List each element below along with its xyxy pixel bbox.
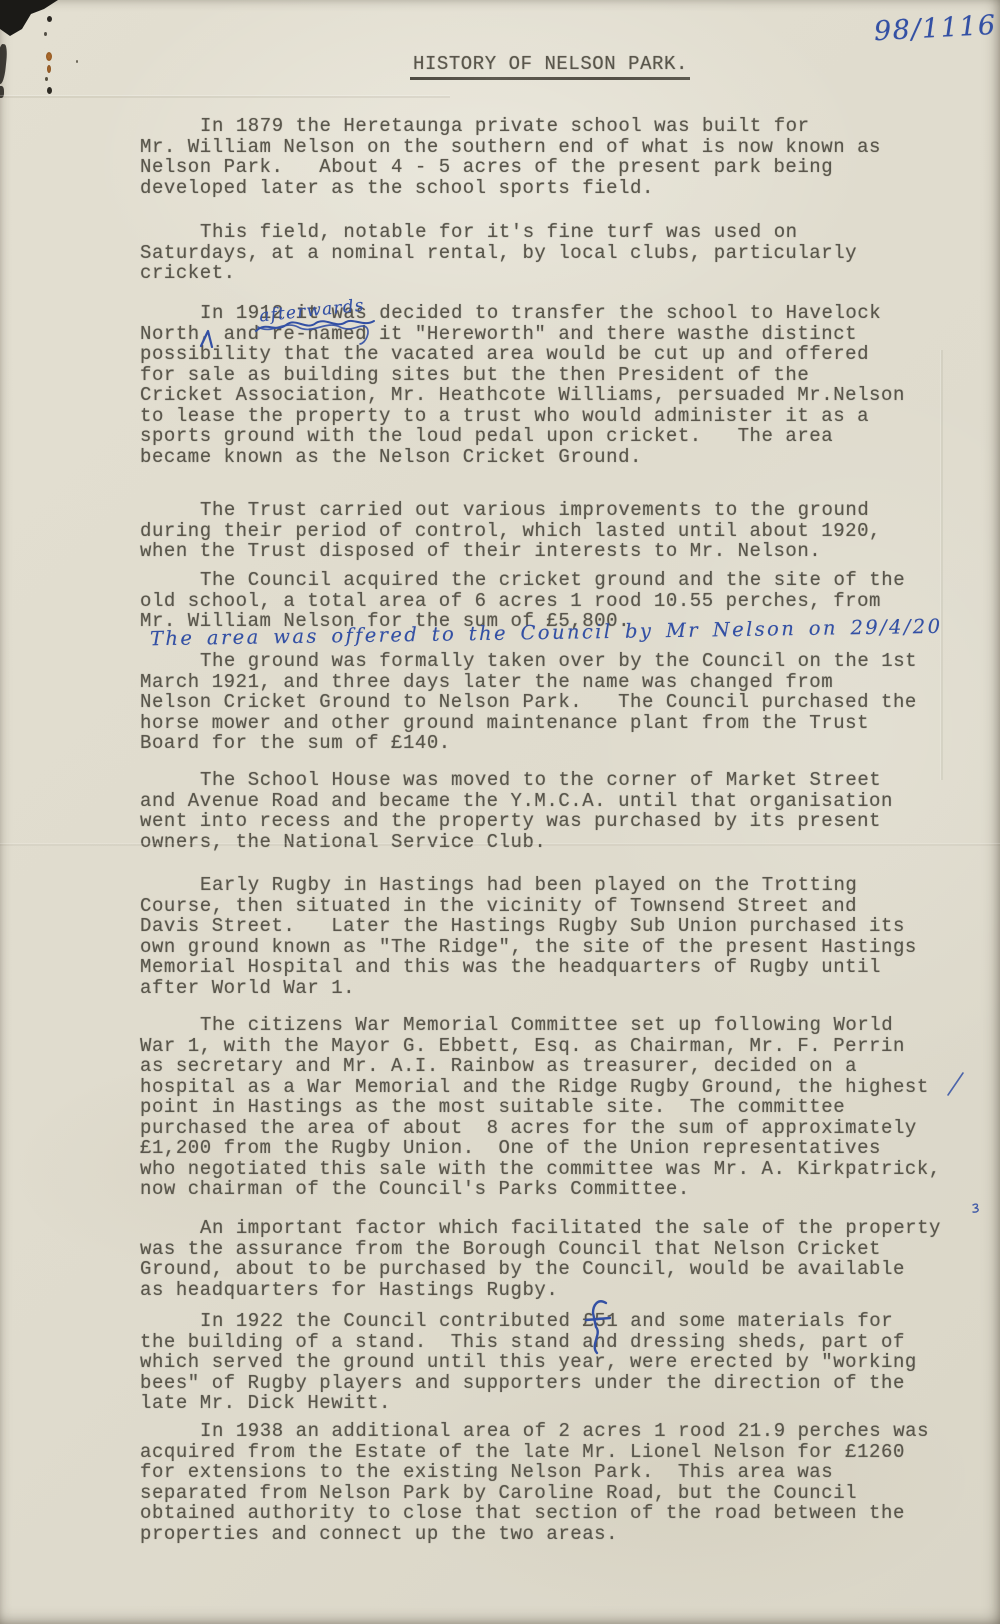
- text-line: Mr. William Nelson on the southern end o…: [140, 137, 955, 158]
- text-line: went into recess and the property was pu…: [140, 811, 955, 832]
- text-line: sports ground with the loud pedal upon c…: [140, 426, 955, 447]
- insertion-caret-mark: [199, 328, 217, 348]
- text-line: properties and connect up the two areas.: [140, 1524, 955, 1545]
- text-line: point in Hastings as the most suitable s…: [140, 1097, 955, 1118]
- text-line: £1,200 from the Rugby Union. One of the …: [140, 1138, 955, 1159]
- text-line: which served the ground until this year,…: [140, 1352, 955, 1373]
- text-line: Course, then situated in the vicinity of…: [140, 896, 955, 917]
- ink-spot: [47, 16, 52, 22]
- text-line: was the assurance from the Borough Counc…: [140, 1239, 955, 1260]
- scribble-strikethrough: [254, 315, 378, 347]
- paragraph: The Trust carried out various improvemen…: [140, 500, 955, 562]
- paragraph: The citizens War Memorial Committee set …: [140, 1015, 955, 1200]
- text-line: who negotiated this sale with the commit…: [140, 1159, 955, 1180]
- paragraph: In 1879 the Heretaunga private school wa…: [140, 116, 955, 198]
- text-line: An important factor which facilitated th…: [140, 1218, 955, 1239]
- text-line: now chairman of the Council's Parks Comm…: [140, 1179, 955, 1200]
- text-line: as headquarters for Hastings Rugby.: [140, 1280, 955, 1301]
- page-title: HISTORY OF NELSON PARK.: [413, 54, 688, 76]
- text-line: The School House was moved to the corner…: [140, 770, 955, 791]
- text-line: Board for the sum of £140.: [140, 733, 955, 754]
- text-line: The Trust carried out various improvemen…: [140, 500, 955, 521]
- text-line: the building of a stand. This stand and …: [140, 1332, 955, 1353]
- scan-artifact-edge: [0, 86, 4, 98]
- rust-spot: [47, 65, 51, 73]
- rust-spot: [46, 52, 52, 61]
- text-line: In 1922 the Council contributed £51 and …: [140, 1311, 955, 1332]
- text-line: bees" of Rugby players and supporters un…: [140, 1373, 955, 1394]
- pound-correction-mark: [582, 1297, 614, 1355]
- paragraph: An important factor which facilitated th…: [140, 1218, 955, 1300]
- text-line: old school, a total area of 6 acres 1 ro…: [140, 591, 955, 612]
- text-line: Nelson Park. About 4 - 5 acres of the pr…: [140, 157, 955, 178]
- scan-artifact-edge: [0, 44, 8, 85]
- text-line: cricket.: [140, 263, 955, 284]
- paragraph: The School House was moved to the corner…: [140, 770, 955, 852]
- text-line: hospital as a War Memorial and the Ridge…: [140, 1077, 955, 1098]
- text-line: when the Trust disposed of their interes…: [140, 541, 955, 562]
- text-line: Saturdays, at a nominal rental, by local…: [140, 243, 955, 264]
- text-line: The ground was formally taken over by th…: [140, 651, 955, 672]
- ink-spot: [76, 60, 78, 63]
- text-line: during their period of control, which la…: [140, 521, 955, 542]
- text-line: The citizens War Memorial Committee set …: [140, 1015, 955, 1036]
- document-page: 98/1116 HISTORY OF NELSON PARK. In 1879 …: [0, 0, 1000, 1624]
- text-line: as secretary and Mr. A.I. Rainbow as tre…: [140, 1056, 955, 1077]
- text-line: Ground, about to be purchased by the Cou…: [140, 1259, 955, 1280]
- text-line: War 1, with the Mayor G. Ebbett, Esq. as…: [140, 1036, 955, 1057]
- text-line: obtained authority to close that section…: [140, 1503, 955, 1524]
- paragraph: This field, notable for it's fine turf w…: [140, 222, 955, 284]
- paragraph: In 1938 an additional area of 2 acres 1 …: [140, 1421, 955, 1544]
- text-line: own ground known as "The Ridge", the sit…: [140, 937, 955, 958]
- text-line: acquired from the Estate of the late Mr.…: [140, 1442, 955, 1463]
- text-line: for extensions to the existing Nelson Pa…: [140, 1462, 955, 1483]
- text-line: Nelson Cricket Ground to Nelson Park. Th…: [140, 692, 955, 713]
- text-line: March 1921, and three days later the nam…: [140, 672, 955, 693]
- ink-spot: [47, 87, 52, 94]
- pen-tick-mark: [971, 1202, 983, 1215]
- text-line: became known as the Nelson Cricket Groun…: [140, 447, 955, 468]
- text-line: possibility that the vacated area would …: [140, 344, 955, 365]
- ink-spot: [44, 32, 47, 36]
- text-line: and Avenue Road and became the Y.M.C.A. …: [140, 791, 955, 812]
- text-line: This field, notable for it's fine turf w…: [140, 222, 955, 243]
- paragraph: The ground was formally taken over by th…: [140, 651, 955, 754]
- paper-crease: [0, 96, 450, 98]
- reference-number-handwritten: 98/1116: [873, 10, 997, 47]
- text-line: Early Rugby in Hastings had been played …: [140, 875, 955, 896]
- text-line: horse mower and other ground maintenance…: [140, 713, 955, 734]
- text-line: separated from Nelson Park by Caroline R…: [140, 1483, 955, 1504]
- text-line: for sale as building sites but the then …: [140, 365, 955, 386]
- text-line: after World War 1.: [140, 978, 955, 999]
- text-line: Davis Street. Later the Hastings Rugby S…: [140, 916, 955, 937]
- text-line: Cricket Association, Mr. Heathcote Willi…: [140, 385, 955, 406]
- text-line: In 1938 an additional area of 2 acres 1 …: [140, 1421, 955, 1442]
- text-line: owners, the National Service Club.: [140, 832, 955, 853]
- text-line: to lease the property to a trust who wou…: [140, 406, 955, 427]
- pen-slash-mark: [946, 1071, 966, 1097]
- text-line: purchased the area of about 8 acres for …: [140, 1118, 955, 1139]
- paragraph: Early Rugby in Hastings had been played …: [140, 875, 955, 998]
- text-line: late Mr. Dick Hewitt.: [140, 1393, 955, 1414]
- text-line: In 1879 the Heretaunga private school wa…: [140, 116, 955, 137]
- paragraph: In 1922 the Council contributed £51 and …: [140, 1311, 955, 1414]
- text-line: developed later as the school sports fie…: [140, 178, 955, 199]
- ink-spot: [45, 77, 48, 81]
- text-line: The Council acquired the cricket ground …: [140, 570, 955, 591]
- text-line: Memorial Hospital and this was the headq…: [140, 957, 955, 978]
